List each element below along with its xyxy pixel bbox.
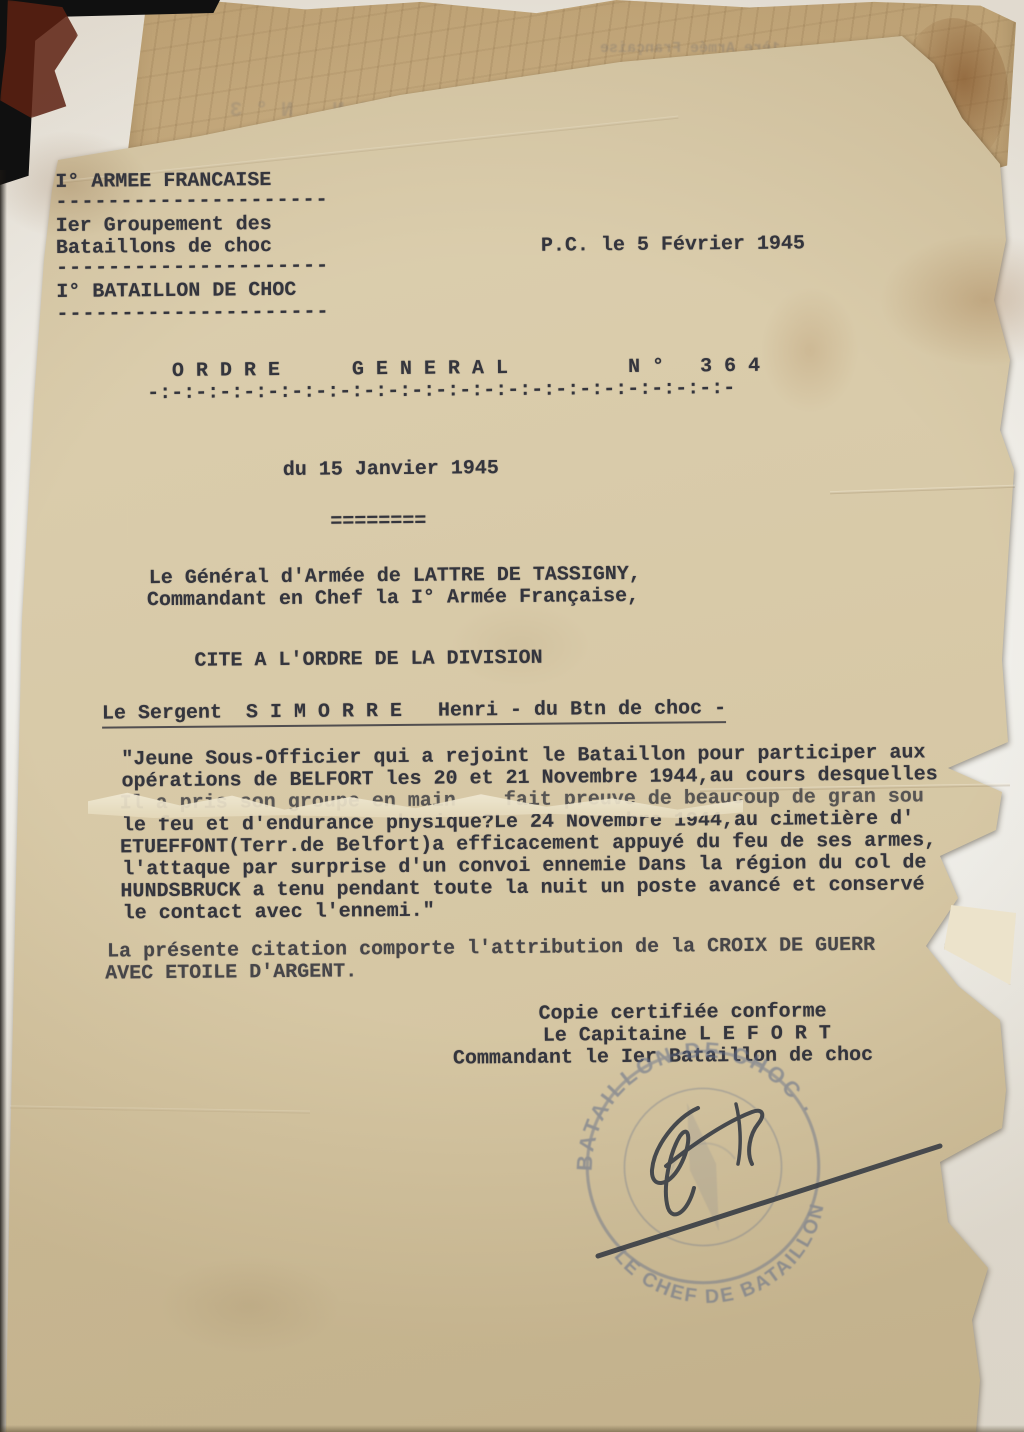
citation-heading: CITE A L'ORDRE DE LA DIVISION xyxy=(194,648,542,673)
handwritten-signature xyxy=(540,1060,1000,1320)
citation-body-line: HUNDSBRUCK a tenu pendant toute la nuit … xyxy=(120,874,924,903)
award-line: AVEC ETOILE D'ARGENT. xyxy=(105,961,357,985)
order-date-rule: ======== xyxy=(330,511,426,534)
scanned-document-page: 1ère Armée Française -------------------… xyxy=(0,0,1024,1432)
scanner-edge-bottom xyxy=(0,1425,1024,1432)
order-title-rule: -:-:-:-:-:-:-:-:-:-:-:-:-:-:-:-:-:-:-:-:… xyxy=(147,378,735,405)
letterhead-rule: --------------------- xyxy=(56,256,329,280)
citation-body-line: le contact avec l'ennemi." xyxy=(123,901,435,926)
scanner-edge-left xyxy=(0,170,7,1432)
intro-commandant: Commandant en Chef la I° Armée Française… xyxy=(147,586,639,612)
award-line: La présente citation comporte l'attribut… xyxy=(107,935,875,964)
letterhead-rule: --------------------- xyxy=(55,190,328,214)
order-date: du 15 Janvier 1945 xyxy=(283,458,499,482)
honoree-line: Le Sergent S I M O R R E Henri - du Btn … xyxy=(102,697,726,728)
letterhead-rule: --------------------- xyxy=(56,302,329,326)
dateline: P.C. le 5 Février 1945 xyxy=(541,233,805,257)
